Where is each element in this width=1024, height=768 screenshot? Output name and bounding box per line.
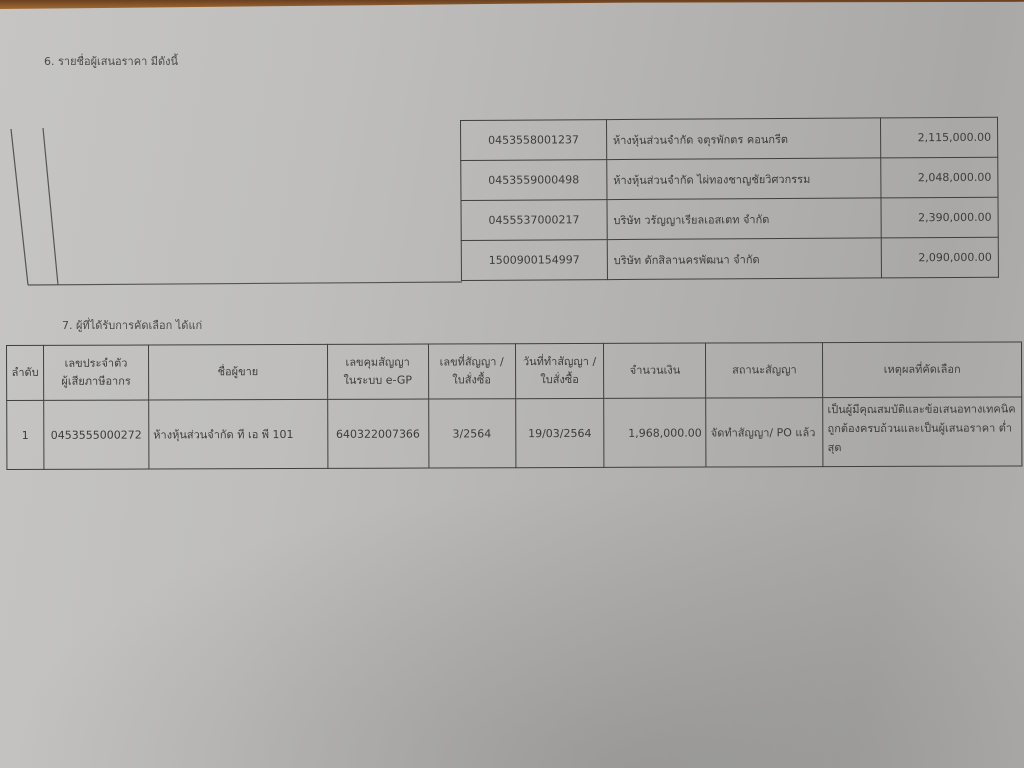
header-egp-no: เลขคุมสัญญา ในระบบ e-GP xyxy=(327,344,428,399)
header-egp-line1: เลขคุมสัญญา xyxy=(332,354,424,372)
bidder-tax-id: 0453558001237 xyxy=(461,120,607,161)
section-6-title: 6. รายชื่อผู้เสนอราคา มีดังนี้ xyxy=(44,52,178,70)
table-row: 0453559000498 ห้างหุ้นส่วนจำกัด ไผ่ทองชา… xyxy=(461,157,998,200)
bidder-amount: 2,390,000.00 xyxy=(881,197,998,238)
table-row: 0453558001237 ห้างหุ้นส่วนจำกัด จตุรพักต… xyxy=(461,117,998,160)
header-contract-date-line1: วันที่ทำสัญญา / xyxy=(520,353,600,371)
header-tax-id-line1: เลขประจำตัว xyxy=(48,355,144,373)
table-row: 0455537000217 บริษัท วรัญญาเรียลเอสเตท จ… xyxy=(461,197,998,240)
row-reason-line2: ถูกต้องครบถ้วนและเป็นผู้เสนอราคา ต่ำ xyxy=(828,418,1018,438)
bidder-amount: 2,115,000.00 xyxy=(881,117,998,158)
row-contract-no: 3/2564 xyxy=(428,399,515,468)
header-seller: ชื่อผู้ขาย xyxy=(148,344,327,400)
row-reason-line1: เป็นผู้มีคุณสมบัติและข้อเสนอทางเทคนิค xyxy=(827,399,1017,419)
table-row: 1500900154997 บริษัท ดักสิลานครพัฒนา จำก… xyxy=(461,237,998,280)
section-6-frame-lines xyxy=(0,110,470,300)
row-reason-line3: สุด xyxy=(828,437,1018,457)
table-row: 1 0453555000272 ห้างหุ้นส่วนจำกัด ที เอ … xyxy=(7,397,1022,470)
bidder-name: ห้างหุ้นส่วนจำกัด จตุรพักตร คอนกรีต xyxy=(606,118,880,160)
bidders-table: 0453558001237 ห้างหุ้นส่วนจำกัด จตุรพักต… xyxy=(460,117,999,281)
section-7-title: 7. ผู้ที่ได้รับการคัดเลือก ได้แก่ xyxy=(62,316,202,334)
row-seller: ห้างหุ้นส่วนจำกัด ที เอ พี 101 xyxy=(149,399,328,469)
header-contract-date-line2: ใบสั่งซื้อ xyxy=(520,371,600,389)
bidder-name: บริษัท ดักสิลานครพัฒนา จำกัด xyxy=(607,238,881,280)
table-header-row: ลำดับ เลขประจำตัว ผู้เสียภาษีอากร ชื่อผู… xyxy=(7,342,1022,401)
header-egp-line2: ในระบบ e-GP xyxy=(332,372,424,390)
bidder-tax-id: 0453559000498 xyxy=(461,160,607,201)
header-contract-date: วันที่ทำสัญญา / ใบสั่งซื้อ xyxy=(515,343,604,398)
header-contract-no-line1: เลขที่สัญญา / xyxy=(433,353,511,371)
row-no: 1 xyxy=(7,400,44,469)
desk-edge xyxy=(0,0,1024,9)
header-contract-no: เลขที่สัญญา / ใบสั่งซื้อ xyxy=(428,344,515,399)
header-amount: จำนวนเงิน xyxy=(604,343,706,398)
header-no: ลำดับ xyxy=(7,345,44,400)
row-egp-no: 640322007366 xyxy=(327,399,428,468)
row-tax-id: 0453555000272 xyxy=(44,400,149,469)
header-reason: เหตุผลที่คัดเลือก xyxy=(823,342,1022,398)
header-contract-no-line2: ใบสั่งซื้อ xyxy=(433,371,511,389)
row-amount: 1,968,000.00 xyxy=(604,398,706,467)
bidder-name: ห้างหุ้นส่วนจำกัด ไผ่ทองชาญชัยวิศวกรรม xyxy=(607,158,881,200)
row-contract-date: 19/03/2564 xyxy=(515,398,604,467)
bidder-amount: 2,090,000.00 xyxy=(881,237,998,278)
paper-shadow xyxy=(0,480,1024,768)
header-tax-id: เลขประจำตัว ผู้เสียภาษีอากร xyxy=(43,345,148,400)
bidder-name: บริษัท วรัญญาเรียลเอสเตท จำกัด xyxy=(607,198,881,240)
row-reason: เป็นผู้มีคุณสมบัติและข้อเสนอทางเทคนิค ถู… xyxy=(823,397,1022,467)
bidder-tax-id: 1500900154997 xyxy=(461,240,607,281)
header-tax-id-line2: ผู้เสียภาษีอากร xyxy=(48,373,144,391)
bidder-tax-id: 0455537000217 xyxy=(461,200,607,241)
header-status: สถานะสัญญา xyxy=(706,343,823,398)
selected-vendor-table: ลำดับ เลขประจำตัว ผู้เสียภาษีอากร ชื่อผู… xyxy=(6,341,1022,470)
bidder-amount: 2,048,000.00 xyxy=(881,157,998,198)
row-status: จัดทำสัญญา/ PO แล้ว xyxy=(706,398,823,467)
